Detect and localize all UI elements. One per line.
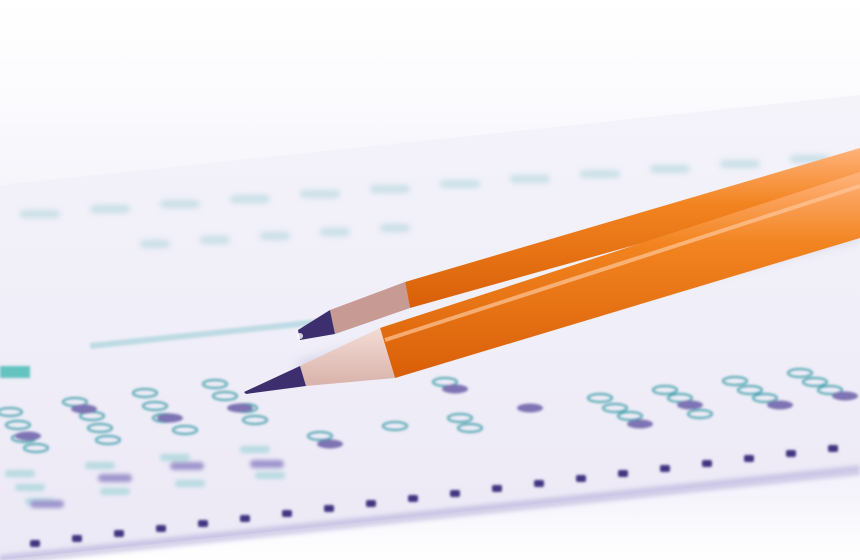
photo-illustration xyxy=(0,0,860,560)
photo-scene xyxy=(0,0,860,560)
